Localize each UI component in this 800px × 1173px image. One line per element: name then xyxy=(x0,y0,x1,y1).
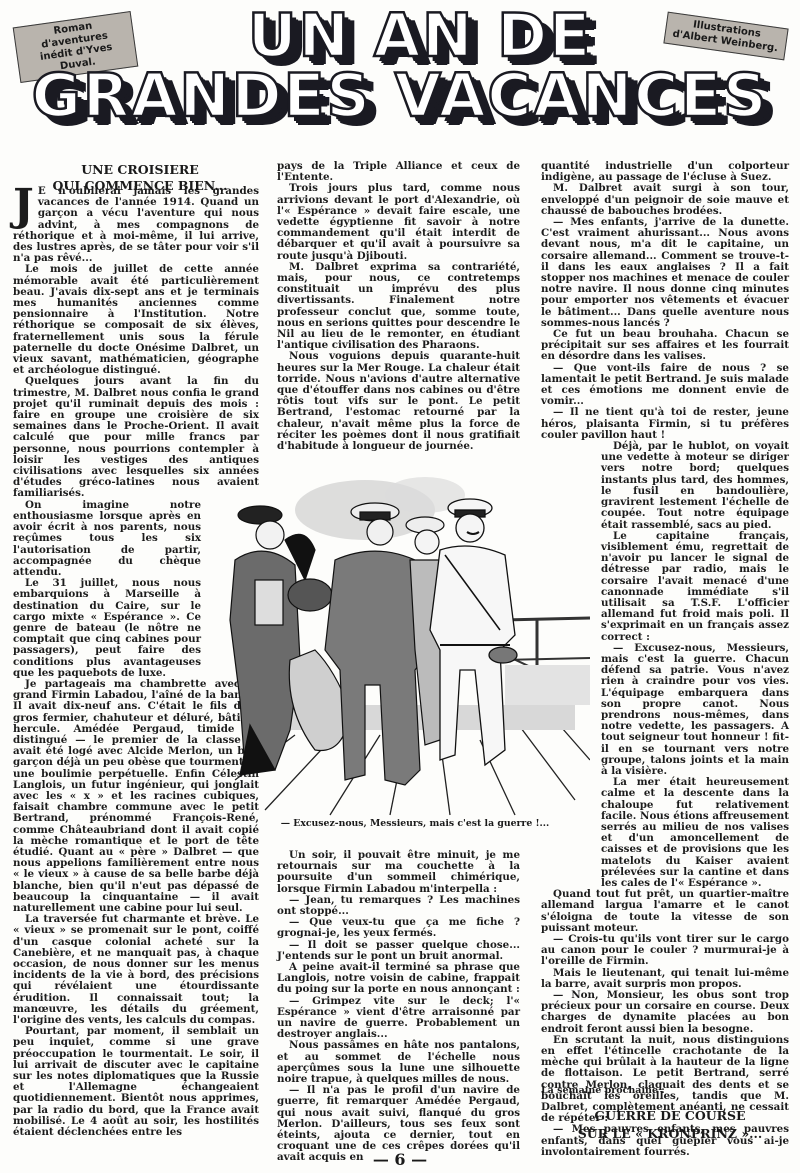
paragraph: La traversée fut charmante et brève. Le … xyxy=(13,914,259,1026)
paragraph: La mer était heureusement calme et la de… xyxy=(601,777,789,889)
page-number: — 6 — xyxy=(360,1150,440,1169)
text-column-3: quantité industrielle d'un colporteur in… xyxy=(541,161,789,1158)
paragraph: M. Dalbret exprima sa contrariété, mais,… xyxy=(277,262,520,352)
paragraph: Le 31 juillet, nous nous embarquions à M… xyxy=(13,578,201,679)
paragraph: Le mois de juillet de cette année mémora… xyxy=(13,264,259,376)
paragraph: Nous passâmes en hâte nos pantalons, et … xyxy=(277,1040,520,1085)
paragraph: — Mes enfants, j'arrive de la dunette. C… xyxy=(541,217,789,329)
story-illustration xyxy=(215,470,590,820)
paragraph: quantité industrielle d'un colporteur in… xyxy=(541,161,789,183)
paragraph: Mais le lieutenant, qui tenait lui-même … xyxy=(541,968,789,990)
ship-deck-scene-icon xyxy=(215,470,590,820)
next-episode-title-line-2: SUR LE « KRONPRINZ »... xyxy=(560,1125,780,1143)
paragraph: Le capitaine français, visiblement ému, … xyxy=(601,531,789,643)
next-episode-title-line-1: GUERRE DE COURSE xyxy=(560,1107,780,1125)
paragraph: A peine avait-il terminé sa phrase que L… xyxy=(277,962,520,996)
drop-cap: J xyxy=(13,187,34,225)
next-week-label: La semaine prochaine : xyxy=(541,1085,665,1096)
paragraph: On imagine notre enthousiasme lorsque ap… xyxy=(13,500,201,578)
text-column-2-top: pays de la Triple Alliance et ceux de l'… xyxy=(277,161,520,452)
paragraph: Un soir, il pouvait être minuit, je me r… xyxy=(277,850,520,895)
paragraph: — Excusez-nous, Messieurs, mais c'est la… xyxy=(601,643,789,777)
paragraph: — Il ne tient qu'à toi de rester, jeune … xyxy=(541,407,789,441)
paragraph: — Jean, tu remarques ? Les machines ont … xyxy=(277,895,520,917)
paragraph: Trois jours plus tard, comme nous arrivi… xyxy=(277,183,520,261)
section-heading-line-1: UNE CROISIERE xyxy=(20,162,260,178)
paragraph: Nous voguions depuis quarante-huit heure… xyxy=(277,351,520,452)
paragraph: — Que vont-ils faire de nous ? se lament… xyxy=(541,363,789,408)
paragraph: Déjà, par le hublot, on voyait une vedet… xyxy=(601,441,789,531)
text-column-2-bottom: Un soir, il pouvait être minuit, je me r… xyxy=(277,850,520,1164)
paragraph: Quand tout fut prêt, un quartier-maître … xyxy=(541,889,789,934)
paragraph: — Il doit se passer quelque chose... J'e… xyxy=(277,940,520,962)
paragraph: JE n'oublierai jamais les grandes vacanc… xyxy=(13,186,259,264)
magazine-page: Roman d'aventures inédit d'Yves Duval. U… xyxy=(0,0,800,1173)
paragraph: pays de la Triple Alliance et ceux de l'… xyxy=(277,161,520,183)
title-line-2: GRANDES VACANCES xyxy=(0,66,800,126)
illustration-caption: — Excusez-nous, Messieurs, mais c'est la… xyxy=(255,818,575,829)
paragraph: — Grimpez vite sur le deck; l'« Espéranc… xyxy=(277,996,520,1041)
paragraph: Pourtant, par moment, il semblait un peu… xyxy=(13,1026,259,1138)
paragraph: — Non, Monsieur, les obus sont trop préc… xyxy=(541,990,789,1035)
paragraph: — Que veux-tu que ça me fiche ? grognai-… xyxy=(277,917,520,939)
paragraph: Ce fut un beau brouhaha. Chacun se préci… xyxy=(541,329,789,363)
paragraph: M. Dalbret avait surgi à son tour, envel… xyxy=(541,183,789,217)
paragraph: — Crois-tu qu'ils vont tirer sur le carg… xyxy=(541,934,789,968)
